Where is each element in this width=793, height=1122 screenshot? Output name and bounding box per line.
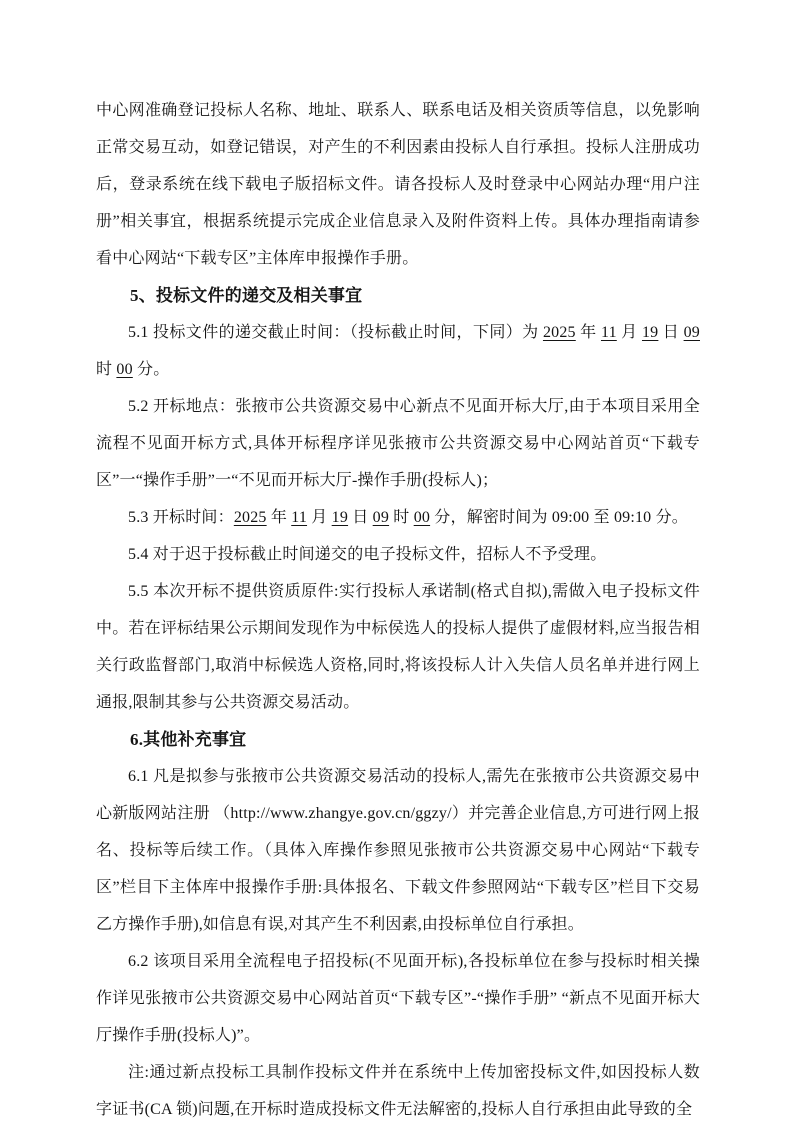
underlined-hour-value: 09 [684,324,700,341]
section-heading-5-submission: 5、投标文件的递交及相关事宜 [96,277,700,314]
text-run: 日 [658,324,683,341]
text-run: 时 [389,509,414,526]
text-run: 月 [617,324,642,341]
text-run: 年 [576,324,601,341]
text-run: 时 [96,361,116,378]
document-page: 中心网准确登记投标人名称、地址、联系人、联系电话及相关资质等信息，以免影响正常交… [0,0,793,1122]
text-run: 月 [307,509,332,526]
text-run: 年 [267,509,292,526]
clause-5-5-qualification-originals: 5.5 本次开标不提供资质原件:实行投标人承诺制(格式自拟),需做入电子投标文件… [96,573,700,721]
underlined-month-value: 11 [291,509,307,526]
text-run: 分，解密时间为 09:00 至 09:10 分。 [430,509,688,526]
clause-5-4-late-submission: 5.4 对于迟于投标截止时间递交的电子投标文件，招标人不予受理。 [96,536,700,573]
paragraph-registration-notice: 中心网准确登记投标人名称、地址、联系人、联系电话及相关资质等信息，以免影响正常交… [96,92,700,277]
clause-6-1-registration: 6.1 凡是拟参与张掖市公共资源交易活动的投标人,需先在张掖市公共资源交易中心新… [96,758,700,943]
underlined-minute-value: 00 [116,361,132,378]
underlined-day-value: 19 [332,509,348,526]
text-run: 日 [348,509,373,526]
text-run: 5.3 开标时间： [128,509,234,526]
underlined-minute-value: 00 [414,509,430,526]
text-run: 分。 [133,361,170,378]
clause-5-1-deadline: 5.1 投标文件的递交截止时间：（投标截止时间，下同）为 2025 年 11 月… [96,314,700,388]
underlined-hour-value: 09 [373,509,389,526]
underlined-year-value: 2025 [234,509,267,526]
text-run: 5.1 投标文件的递交截止时间：（投标截止时间，下同）为 [128,324,543,341]
underlined-day-value: 19 [642,324,658,341]
clause-5-3-opening-time: 5.3 开标时间：2025 年 11 月 19 日 09 时 00 分，解密时间… [96,499,700,536]
underlined-year-value: 2025 [543,324,576,341]
section-heading-6-supplementary: 6.其他补充事宜 [96,721,700,758]
paragraph-note-ca-lock: 注:通过新点投标工具制作投标文件并在系统中上传加密投标文件,如因投标人数字证书(… [96,1054,700,1122]
clause-6-2-electronic-bidding: 6.2 该项目采用全流程电子招投标(不见面开标),各投标单位在参与投标时相关操作… [96,943,700,1054]
clause-5-2-opening-location: 5.2 开标地点：张掖市公共资源交易中心新点不见面开标大厅,由于本项目采用全流程… [96,388,700,499]
underlined-month-value: 11 [601,324,617,341]
